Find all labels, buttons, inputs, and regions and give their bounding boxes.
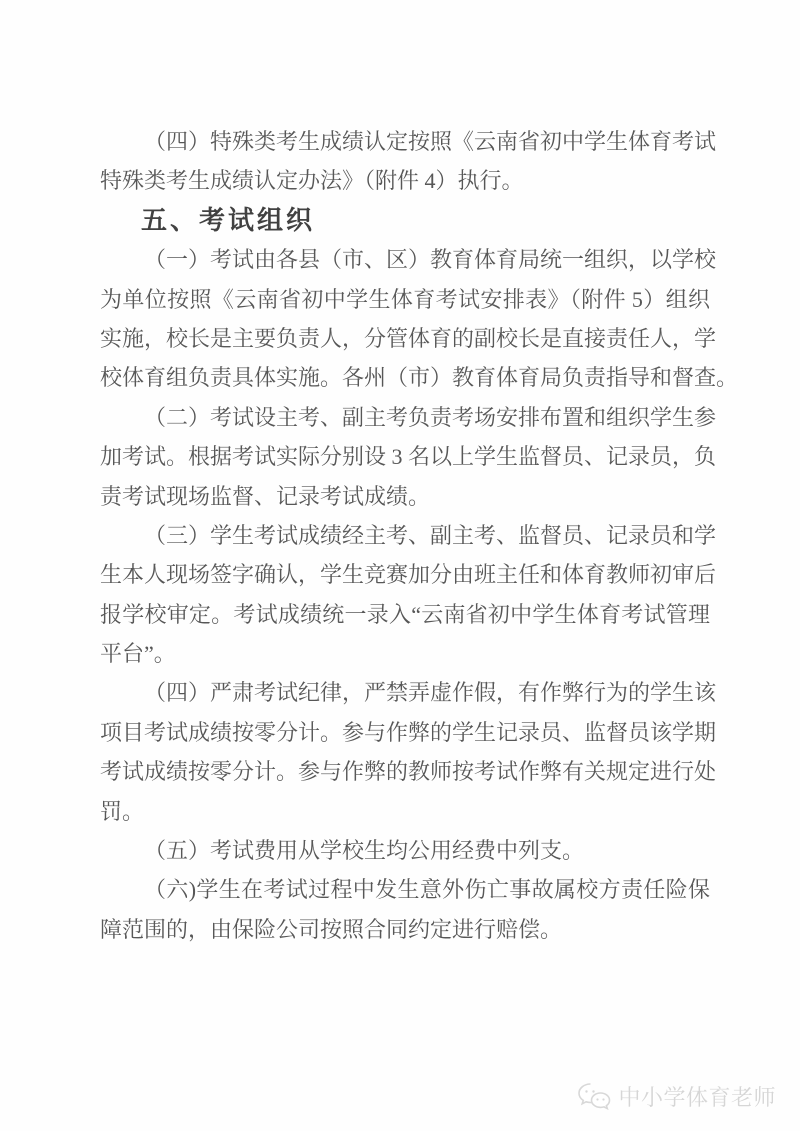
paragraph: （一）考试由各县（市、区）教育体育局统一组织，以学校为单位按照《云南省初中学生体… — [100, 240, 710, 398]
text-line: （三）学生考试成绩经主考、副主考、监督员、记录员和学 — [100, 516, 710, 555]
text-line: 校体育组负责具体实施。各州（市）教育体育局负责指导和督查。 — [100, 358, 710, 397]
text-line: （六)学生在考试过程中发生意外伤亡事故属校方责任险保 — [100, 870, 710, 909]
watermark-text: 中小学体育老师 — [618, 1081, 776, 1112]
text-line: （五）考试费用从学校生均公用经费中列支。 — [100, 831, 710, 870]
watermark: 中小学体育老师 — [577, 1081, 776, 1112]
wechat-icon — [577, 1082, 611, 1112]
text-line: 加考试。根据考试实际分别设 3 名以上学生监督员、记录员，负 — [100, 437, 710, 476]
text-line: 特殊类考生成绩认定办法》（附件 4）执行。 — [100, 161, 710, 200]
paragraph: （二）考试设主考、副主考负责考场安排布置和组织学生参加考试。根据考试实际分别设 … — [100, 398, 710, 516]
paragraph: （五）考试费用从学校生均公用经费中列支。 — [100, 831, 710, 870]
paragraph: （四）特殊类考生成绩认定按照《云南省初中学生体育考试特殊类考生成绩认定办法》（附… — [100, 122, 710, 201]
text-line: 责考试现场监督、记录考试成绩。 — [100, 477, 710, 516]
text-line: 实施，校长是主要负责人，分管体育的副校长是直接责任人，学 — [100, 319, 710, 358]
paragraph: （三）学生考试成绩经主考、副主考、监督员、记录员和学生本人现场签字确认，学生竞赛… — [100, 516, 710, 674]
text-line: （四）特殊类考生成绩认定按照《云南省初中学生体育考试 — [100, 122, 710, 161]
text-line: 罚。 — [100, 792, 710, 831]
document-body: （四）特殊类考生成绩认定按照《云南省初中学生体育考试特殊类考生成绩认定办法》（附… — [100, 122, 710, 949]
document-page: （四）特殊类考生成绩认定按照《云南省初中学生体育考试特殊类考生成绩认定办法》（附… — [0, 0, 800, 1131]
paragraph: （四）严肃考试纪律，严禁弄虚作假，有作弊行为的学生该项目考试成绩按零分计。参与作… — [100, 673, 710, 831]
section-heading: 五、考试组织 — [100, 201, 710, 240]
text-line: 生本人现场签字确认，学生竞赛加分由班主任和体育教师初审后 — [100, 555, 710, 594]
text-line: 为单位按照《云南省初中学生体育考试安排表》（附件 5）组织 — [100, 280, 710, 319]
text-line: 项目考试成绩按零分计。参与作弊的学生记录员、监督员该学期 — [100, 713, 710, 752]
text-line: 平台”。 — [100, 634, 710, 673]
text-line: 报学校审定。考试成绩统一录入“云南省初中学生体育考试管理 — [100, 595, 710, 634]
text-line: 障范围的，由保险公司按照合同约定进行赔偿。 — [100, 910, 710, 949]
text-line: （四）严肃考试纪律，严禁弄虚作假，有作弊行为的学生该 — [100, 673, 710, 712]
text-line: （一）考试由各县（市、区）教育体育局统一组织，以学校 — [100, 240, 710, 279]
text-line: 考试成绩按零分计。参与作弊的教师按考试作弊有关规定进行处 — [100, 752, 710, 791]
text-line: （二）考试设主考、副主考负责考场安排布置和组织学生参 — [100, 398, 710, 437]
paragraph: （六)学生在考试过程中发生意外伤亡事故属校方责任险保障范围的，由保险公司按照合同… — [100, 870, 710, 949]
